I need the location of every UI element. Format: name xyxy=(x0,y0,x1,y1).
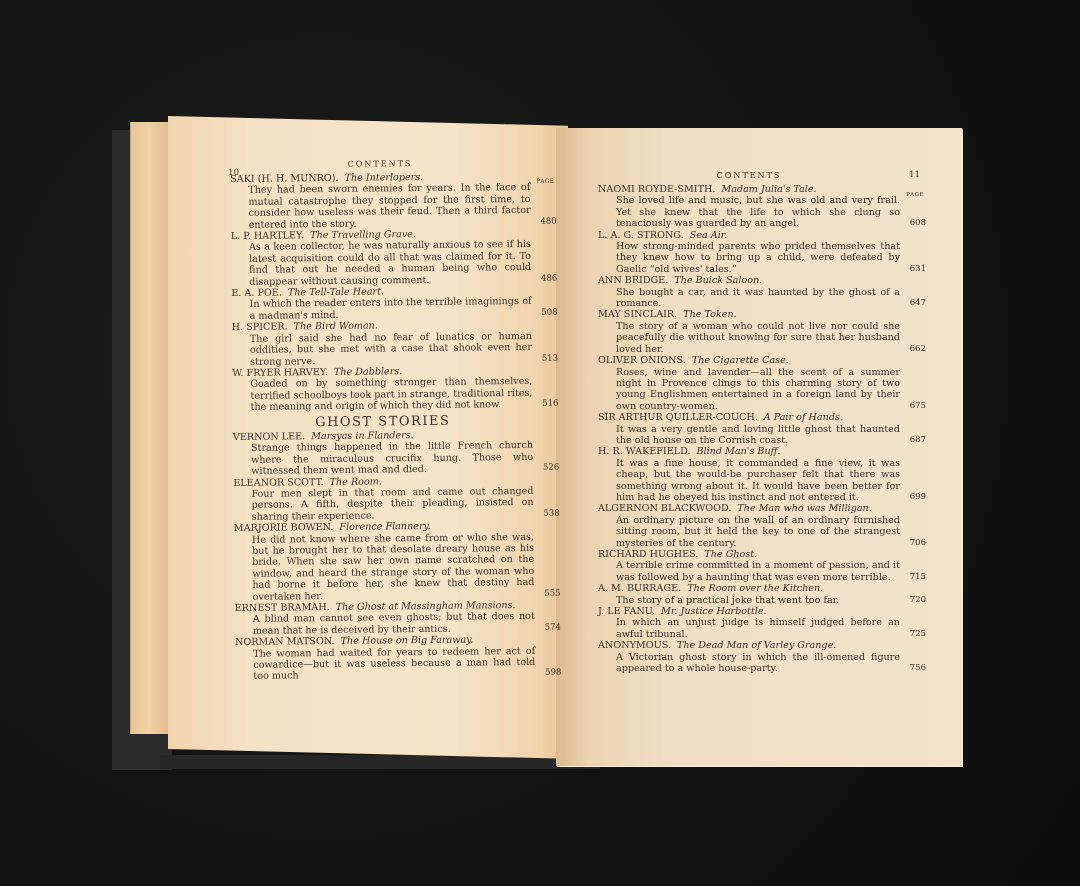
entry-title: The Tell-Tale Heart. xyxy=(288,286,384,298)
entry-author: E. A. POE. xyxy=(231,288,282,300)
entry-blurb: In which an unjust judge is himself judg… xyxy=(598,617,900,640)
entry-title: The Cigarette Case. xyxy=(692,355,789,366)
entry-author: MAY SINCLAIR. xyxy=(598,309,677,320)
contents-entry: MARJORIE BOWEN.Florence Flannery. He did… xyxy=(234,520,535,603)
entry-blurb: The girl said she had no fear of lunatic… xyxy=(232,331,532,368)
entry-title: Marsyas in Flanders. xyxy=(311,430,414,442)
entry-page-number: 574 xyxy=(545,622,561,634)
entry-author: H. R. WAKEFIELD. xyxy=(598,446,691,457)
entry-blurb: She loved life and music, but she was ol… xyxy=(598,195,900,229)
entry-page-number: 538 xyxy=(543,508,559,520)
entry-blurb: Roses, wine and lavender—all the scent o… xyxy=(598,367,900,413)
entry-blurb: An ordinary picture on the wall of an or… xyxy=(598,515,900,549)
entry-page-number: 486 xyxy=(541,273,557,285)
entry-author: H. SPICER. xyxy=(232,322,288,334)
entry-blurb: How strong-minded parents who prided the… xyxy=(598,241,900,275)
contents-entry: H. SPICER.The Bird Woman. The girl said … xyxy=(232,319,532,368)
entry-author: MARJORIE BOWEN. xyxy=(234,522,334,534)
entry-blurb: She bought a car, and it was haunted by … xyxy=(598,287,900,310)
entry-title: The Room. xyxy=(330,476,382,488)
entry-title: The Bird Woman. xyxy=(294,321,378,333)
right-page-contents: CONTENTS 11 PAGE NAOMI ROYDE-SMITH.Madam… xyxy=(598,170,900,674)
entry-page-number: 687 xyxy=(910,435,926,446)
contents-entry: NAOMI ROYDE-SMITH.Madam Julia's Tale. Sh… xyxy=(598,184,900,230)
entry-title: The Buick Saloon. xyxy=(674,275,762,286)
contents-entry: OLIVER ONIONS.The Cigarette Case. Roses,… xyxy=(598,355,900,412)
entry-title: The Room over the Kitchen. xyxy=(687,583,823,594)
entry-author: RICHARD HUGHES. xyxy=(598,549,698,560)
entry-blurb: The woman had waited for years to redeem… xyxy=(235,645,535,682)
contents-entry: RICHARD HUGHES.The Ghost. A terrible cri… xyxy=(598,549,900,583)
entry-blurb: A blind man cannot see even ghosts; but … xyxy=(235,611,535,637)
contents-entry: SIR ARTHUR QUILLER-COUCH.A Pair of Hands… xyxy=(598,412,900,446)
contents-entry: NORMAN MATSON.The House on Big Faraway. … xyxy=(235,634,535,683)
entry-blurb: A Victorian ghost story in which the ill… xyxy=(598,652,900,675)
entry-title: The Man who was Milligan. xyxy=(737,503,871,514)
contents-entry: J. LE FANU.Mr. Justice Harbottle. In whi… xyxy=(598,606,900,640)
entry-title: Florence Flannery. xyxy=(339,521,430,533)
entry-page-number: 516 xyxy=(542,399,558,411)
contents-entry: L. P. HARTLEY.The Travelling Grave. As a… xyxy=(231,228,532,288)
entry-page-number: 699 xyxy=(910,492,926,503)
contents-entry: ELEANOR SCOTT.The Room. Four men slept i… xyxy=(233,474,533,523)
contents-entry: VERNON LEE.Marsyas in Flanders. Strange … xyxy=(233,429,533,478)
entry-title: The Interlopers. xyxy=(345,172,424,184)
running-head: CONTENTS xyxy=(348,159,413,169)
entry-author: W. FRYER HARVEY. xyxy=(232,367,328,379)
entry-page-number: 598 xyxy=(545,668,561,680)
entry-page-number: 508 xyxy=(541,307,557,319)
entry-blurb: He did not know where she came from or w… xyxy=(234,531,535,603)
entry-author: ANONYMOUS. xyxy=(598,640,671,651)
right-page-header: CONTENTS 11 xyxy=(598,170,900,184)
entry-blurb: The story of a woman who could not live … xyxy=(598,321,900,355)
entry-blurb: As a keen collector, he was naturally an… xyxy=(231,239,531,288)
entry-title: The Dabblers. xyxy=(334,366,402,378)
entry-author: NORMAN MATSON. xyxy=(235,636,335,648)
entry-blurb: Goaded on by something stronger than the… xyxy=(232,376,532,413)
contents-entry: SAKI (H. H. MUNRO).The Interlopers. They… xyxy=(230,171,531,231)
left-page-contents: 10 CONTENTS PAGE SAKI (H. H. MUNRO).The … xyxy=(230,157,535,683)
entry-page-number: 720 xyxy=(910,595,926,606)
contents-entry: ANN BRIDGE.The Buick Saloon. She bought … xyxy=(598,275,900,309)
entry-page-number: 647 xyxy=(910,298,926,309)
entry-author: ERNEST BRAMAH. xyxy=(235,602,330,614)
entry-author: NAOMI ROYDE-SMITH. xyxy=(598,184,715,195)
entry-blurb: The story of a practical joke that went … xyxy=(598,595,900,606)
contents-entry: E. A. POE.The Tell-Tale Heart. In which … xyxy=(231,285,531,322)
running-head: CONTENTS xyxy=(717,171,782,180)
entry-page-number: 725 xyxy=(910,629,926,640)
entry-author: SAKI (H. H. MUNRO). xyxy=(230,173,338,185)
entry-page-number: 513 xyxy=(542,353,558,365)
entry-title: Mr. Justice Harbottle. xyxy=(661,606,767,617)
entry-blurb: In which the reader enters into the terr… xyxy=(231,296,531,322)
entry-page-number: 662 xyxy=(910,344,926,355)
entry-title: A Pair of Hands. xyxy=(764,412,843,423)
page-number: 11 xyxy=(909,170,920,181)
entry-author: L. P. HARTLEY. xyxy=(231,230,304,242)
contents-entry: MAY SINCLAIR.The Token. The story of a w… xyxy=(598,309,900,355)
entry-blurb: It was a very gentle and loving little g… xyxy=(598,424,900,447)
entry-page-number: 608 xyxy=(910,218,926,229)
entry-page-number: 631 xyxy=(910,264,926,275)
entry-author: A. M. BURRAGE. xyxy=(598,583,681,594)
page-column-label: PAGE xyxy=(906,190,924,201)
entry-blurb: They had been sworn enemies for years. I… xyxy=(230,182,530,231)
entry-blurb: Strange things happened in the little Fr… xyxy=(233,440,533,477)
section-heading: GHOST STORIES xyxy=(233,414,533,429)
entry-author: ANN BRIDGE. xyxy=(598,275,668,286)
entry-title: The House on Big Faraway. xyxy=(341,635,474,647)
entry-author: OLIVER ONIONS. xyxy=(598,355,686,366)
entry-title: The Dead Man of Varley Grange. xyxy=(677,640,836,651)
entry-page-number: 480 xyxy=(540,216,556,228)
contents-entry: ALGERNON BLACKWOOD.The Man who was Milli… xyxy=(598,503,900,549)
contents-entry: L. A. G. STRONG.Sea Air. How strong-mind… xyxy=(598,230,900,276)
entry-page-number: 526 xyxy=(543,463,559,475)
entry-page-number: 715 xyxy=(910,572,926,583)
entry-author: ALGERNON BLACKWOOD. xyxy=(598,503,731,514)
entry-title: Madam Julia's Tale. xyxy=(721,184,816,195)
entry-author: VERNON LEE. xyxy=(233,431,305,443)
entry-page-number: 706 xyxy=(910,538,926,549)
contents-entry: ANONYMOUS.The Dead Man of Varley Grange.… xyxy=(598,640,900,674)
entry-author: J. LE FANU. xyxy=(598,606,655,617)
page-column-label: PAGE xyxy=(537,177,555,189)
entry-title: Blind Man's Buff. xyxy=(697,446,781,457)
contents-entry: W. FRYER HARVEY.The Dabblers. Goaded on … xyxy=(232,365,532,414)
entry-author: L. A. G. STRONG. xyxy=(598,230,684,241)
contents-entry: ERNEST BRAMAH.The Ghost at Massingham Ma… xyxy=(235,600,535,637)
entry-title: The Ghost. xyxy=(704,549,757,560)
entry-author: ELEANOR SCOTT. xyxy=(233,477,323,489)
entry-author: SIR ARTHUR QUILLER-COUCH. xyxy=(598,412,758,423)
entry-blurb: Four men slept in that room and came out… xyxy=(233,486,533,523)
entry-page-number: 555 xyxy=(544,588,560,600)
entry-blurb: A terrible crime committed in a moment o… xyxy=(598,560,900,583)
entry-page-number: 675 xyxy=(910,401,926,412)
entry-title: The Token. xyxy=(683,309,736,320)
entry-title: The Travelling Grave. xyxy=(310,229,416,241)
contents-entry: H. R. WAKEFIELD.Blind Man's Buff. It was… xyxy=(598,446,900,503)
entry-title: Sea Air. xyxy=(690,230,728,241)
entry-blurb: It was a fine house, it commanded a fine… xyxy=(598,458,900,504)
entry-page-number: 756 xyxy=(910,663,926,674)
contents-entry: A. M. BURRAGE.The Room over the Kitchen.… xyxy=(598,583,900,606)
